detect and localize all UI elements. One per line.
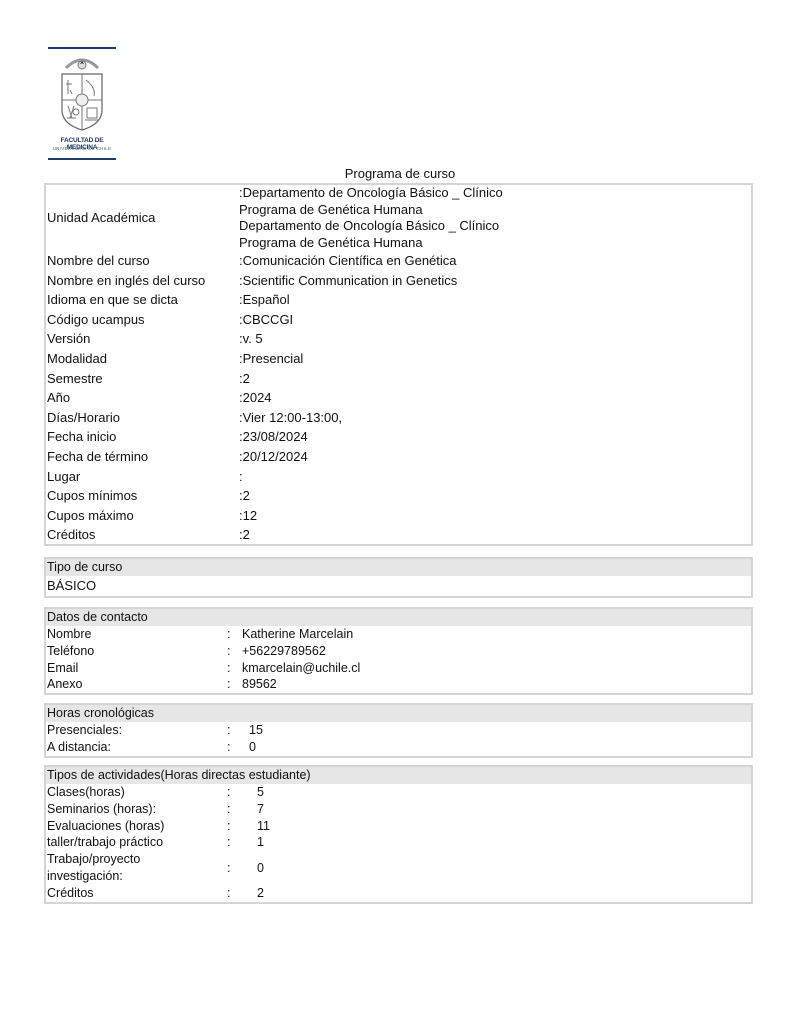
separator: :: [227, 860, 257, 877]
table-row: A distancia::0: [46, 739, 751, 756]
table-row: Lugar:: [46, 467, 751, 487]
field-value: :v. 5: [239, 329, 751, 349]
university-crest-icon: [56, 54, 108, 134]
field-label: Lugar: [46, 467, 239, 487]
field-value: 2: [257, 885, 751, 902]
table-row: Cupos máximo:12: [46, 506, 751, 526]
field-label: Créditos: [46, 885, 227, 902]
field-value: 15: [249, 722, 751, 739]
value-line: Programa de Genética Humana: [239, 235, 751, 252]
field-value: 1: [257, 834, 751, 851]
field-label: Clases(horas): [46, 784, 227, 801]
table-row: Fecha inicio:23/08/2024: [46, 427, 751, 447]
field-label: Créditos: [46, 525, 239, 545]
logo-bottom-rule: [48, 158, 116, 160]
table-row: Versión:v. 5: [46, 329, 751, 349]
table-row: Días/Horario:Vier 12:00-13:00,: [46, 408, 751, 428]
table-row: Presenciales::15: [46, 722, 751, 739]
field-label: Semestre: [46, 369, 239, 389]
table-row: Email:kmarcelain@uchile.cl: [46, 660, 751, 677]
separator: :: [227, 784, 257, 801]
table-row: Nombre del curso:Comunicación Científica…: [46, 251, 751, 271]
logo-top-rule: [48, 47, 116, 49]
field-label: Nombre del curso: [46, 251, 239, 271]
table-row: Clases(horas):5: [46, 784, 751, 801]
value-line: :Departamento de Oncología Básico _ Clín…: [239, 185, 751, 202]
field-label: Presenciales:: [46, 722, 227, 739]
table-row: Fecha de término:20/12/2024: [46, 447, 751, 467]
separator: :: [227, 801, 257, 818]
document-title: Programa de curso: [45, 166, 755, 181]
field-value: 5: [257, 784, 751, 801]
field-label: Fecha de término: [46, 447, 239, 467]
section-header: Tipo de curso: [46, 559, 751, 576]
table-row: Créditos:2: [46, 885, 751, 902]
field-label: Código ucampus: [46, 310, 239, 330]
field-label: Nombre en inglés del curso: [46, 271, 239, 291]
field-label: Fecha inicio: [46, 427, 239, 447]
field-value: :Departamento de Oncología Básico _ Clín…: [239, 185, 751, 251]
field-label: Teléfono: [46, 643, 227, 660]
field-value: BÁSICO: [46, 576, 227, 596]
table-row: Nombre:Katherine Marcelain: [46, 626, 751, 643]
field-label: Email: [46, 660, 227, 677]
field-value: :20/12/2024: [239, 447, 751, 467]
separator: :: [227, 660, 242, 677]
field-label: Cupos mínimos: [46, 486, 239, 506]
table-row: Nombre en inglés del curso:Scientific Co…: [46, 271, 751, 291]
field-value: :2: [239, 486, 751, 506]
contact-section: Datos de contacto Nombre:Katherine Marce…: [44, 607, 753, 695]
value-line: Programa de Genética Humana: [239, 202, 751, 219]
table-row: Año:2024: [46, 388, 751, 408]
table-row: Créditos:2: [46, 525, 751, 545]
separator: :: [227, 643, 242, 660]
field-label: Trabajo/proyecto investigación:: [46, 851, 227, 885]
section-header: Datos de contacto: [46, 609, 751, 626]
separator: :: [227, 722, 249, 739]
field-label: Cupos máximo: [46, 506, 239, 526]
field-value: +56229789562: [242, 643, 751, 660]
field-label: Versión: [46, 329, 239, 349]
field-value: Katherine Marcelain: [242, 626, 751, 643]
field-value: 7: [257, 801, 751, 818]
field-label: Año: [46, 388, 239, 408]
university-name: UNIVERSIDAD DE CHILE: [46, 146, 118, 151]
table-row: Unidad Académica :Departamento de Oncolo…: [46, 185, 751, 251]
field-value: :CBCCGI: [239, 310, 751, 330]
table-row: Modalidad:Presencial: [46, 349, 751, 369]
table-row: Seminarios (horas)::7: [46, 801, 751, 818]
separator: :: [227, 626, 242, 643]
field-value: 0: [249, 739, 751, 756]
field-value: :2: [239, 525, 751, 545]
field-value: :2024: [239, 388, 751, 408]
field-value: :Scientific Communication in Genetics: [239, 271, 751, 291]
label-line: Trabajo/proyecto: [47, 851, 227, 868]
separator: :: [227, 676, 242, 693]
activity-types-section: Tipos de actividades(Horas directas estu…: [44, 765, 753, 904]
separator: :: [227, 885, 257, 902]
field-label: Anexo: [46, 676, 227, 693]
table-row: taller/trabajo práctico:1: [46, 834, 751, 851]
field-value: :Comunicación Científica en Genética: [239, 251, 751, 271]
table-row: Código ucampus:CBCCGI: [46, 310, 751, 330]
field-label: Evaluaciones (horas): [46, 818, 227, 835]
separator: :: [227, 739, 249, 756]
faculty-logo: FACULTAD DE MEDICINA UNIVERSIDAD DE CHIL…: [46, 46, 118, 162]
field-value: :2: [239, 369, 751, 389]
email-link[interactable]: kmarcelain@uchile.cl: [242, 660, 751, 677]
table-row: Semestre:2: [46, 369, 751, 389]
field-label: taller/trabajo práctico: [46, 834, 227, 851]
field-label: Nombre: [46, 626, 227, 643]
separator: :: [227, 818, 257, 835]
field-label: Días/Horario: [46, 408, 239, 428]
course-type-value: BÁSICO: [46, 576, 751, 596]
table-row: Idioma en que se dicta:Español: [46, 290, 751, 310]
course-type-section: Tipo de curso BÁSICO: [44, 557, 753, 598]
field-value: :23/08/2024: [239, 427, 751, 447]
table-row: Evaluaciones (horas):11: [46, 818, 751, 835]
course-info-table: Unidad Académica :Departamento de Oncolo…: [44, 183, 753, 546]
field-value: :Español: [239, 290, 751, 310]
field-value: :: [239, 467, 751, 487]
field-value: 89562: [242, 676, 751, 693]
table-row: Cupos mínimos:2: [46, 486, 751, 506]
section-header: Horas cronológicas: [46, 705, 751, 722]
field-label: Unidad Académica: [46, 208, 239, 228]
table-row: Anexo:89562: [46, 676, 751, 693]
label-line: investigación:: [47, 868, 227, 885]
separator: :: [227, 834, 257, 851]
section-header: Tipos de actividades(Horas directas estu…: [46, 767, 751, 784]
field-value: :Presencial: [239, 349, 751, 369]
chronological-hours-section: Horas cronológicas Presenciales::15 A di…: [44, 703, 753, 758]
field-value: 11: [257, 818, 751, 835]
value-line: Departamento de Oncología Básico _ Clíni…: [239, 218, 751, 235]
field-value: :12: [239, 506, 751, 526]
field-value: :Vier 12:00-13:00,: [239, 408, 751, 428]
field-label: Seminarios (horas):: [46, 801, 227, 818]
field-label: Modalidad: [46, 349, 239, 369]
field-label: Idioma en que se dicta: [46, 290, 239, 310]
field-value: 0: [257, 860, 751, 877]
table-row: Teléfono:+56229789562: [46, 643, 751, 660]
field-label: A distancia:: [46, 739, 227, 756]
table-row: Trabajo/proyecto investigación: : 0: [46, 851, 751, 885]
